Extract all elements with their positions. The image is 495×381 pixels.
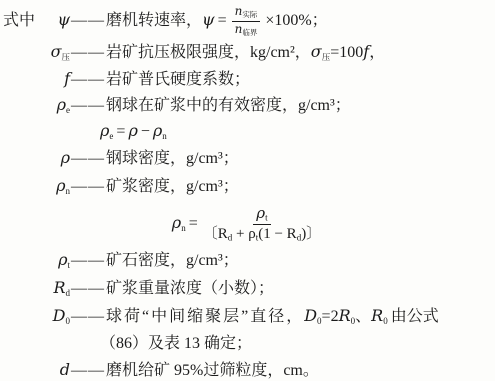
rho-n-fraction: ρt〔Rd + ρt(1 − Rd)〕 [203, 205, 321, 244]
term-rho-e-row: ρe——钢球在矿浆中的有效密度，g/cm³； [0, 92, 495, 118]
D0-continuation-text: （86）及表 13 确定； [100, 335, 252, 352]
term-rho-row: ρ——钢球密度，g/cm³； [0, 144, 495, 172]
term-symbol-psi: ψ [52, 2, 70, 39]
term-sigma-row: σ压——岩矿抗压极限强度，kg/cm²，σ压=100f， [0, 38, 495, 66]
D0-tail: 由公式 [391, 308, 439, 325]
term-symbol-d: d [0, 357, 70, 381]
rho-e-formula-row: ρe=ρ−ρn [0, 118, 495, 144]
rho-e-eq-term2: ρ [153, 121, 162, 140]
D0-eq-mid: =2 [322, 308, 339, 325]
term-desc-rho-t: 矿石密度，g/cm³； [106, 252, 239, 269]
equals-sign: = [116, 123, 125, 140]
fraction-numerator: n实际 [232, 5, 261, 22]
term-rho-t-row: ρt——矿石密度，g/cm³； [0, 246, 495, 274]
equals-sign: = [189, 215, 198, 232]
term-dash: —— [71, 3, 105, 39]
term-desc-rho-n: 矿浆密度，g/cm³； [106, 178, 239, 195]
term-symbol-rho-e: ρe [0, 92, 70, 123]
fraction-denominator: n临界 [235, 22, 258, 38]
sigma-eq-mid: =100 [330, 44, 363, 61]
psi-eq-lhs: ψ [202, 10, 215, 29]
D0-separator: 、 [355, 308, 371, 325]
rho-e-eq-term1: ρ [128, 121, 137, 140]
D0-eq3: R [371, 306, 383, 325]
term-desc-f: 岩矿普氏硬度系数； [106, 71, 250, 88]
term-symbol-f: f [0, 66, 70, 93]
sigma-tail: ， [369, 44, 385, 61]
term-desc-sigma: 岩矿抗压极限强度，kg/cm²， [106, 44, 311, 61]
term-R-d-row: Rd——矿浆重量浓度（小数）； [0, 274, 495, 302]
term-desc-rho: 钢球密度，g/cm³； [106, 150, 239, 167]
term-D-0-row: D0——球荷“中间缩聚层”直径，D0=2R0、R0由公式 [0, 302, 495, 330]
term-dash: —— [71, 93, 105, 119]
document-page: 式中ψ——磨机转速率，ψ=n实际n临界×100%； σ压——岩矿抗压极限强度，k… [0, 0, 495, 381]
psi-fraction: n实际n临界 [232, 5, 261, 37]
term-desc-rho-e: 钢球在矿浆中的有效密度，g/cm³； [106, 97, 351, 114]
sigma-eq-base: σ [311, 42, 322, 61]
intro-label: 式中 [0, 3, 52, 39]
term-dash: —— [71, 173, 105, 201]
term-d-row: d——磨机给矿 95%过筛粒度，cm。 [0, 357, 495, 381]
term-dash: —— [71, 358, 105, 381]
term-symbol-rho-n: ρn [0, 172, 70, 205]
term-dash: —— [71, 145, 105, 173]
term-desc-d: 磨机给矿 95%过筛粒度，cm。 [106, 362, 319, 379]
term-dash: —— [71, 39, 105, 67]
sigma-eq-subscript: 压 [322, 52, 331, 62]
term-dash: —— [71, 247, 105, 275]
term-rho-n-row: ρn——矿浆密度，g/cm³； [0, 172, 495, 200]
term-D-0-continuation-row: （86）及表 13 确定； [0, 330, 495, 357]
term-dash: —— [71, 67, 105, 93]
term-symbol-rho: ρ [0, 144, 70, 173]
term-desc-R-d: 矿浆重量浓度（小数）； [106, 280, 274, 297]
term-desc-psi: 磨机转速率， [106, 12, 202, 29]
D0-eq2: R [339, 306, 351, 325]
rho-e-eq-lhs: ρ [100, 121, 109, 140]
term-symbol-D-0: D0 [0, 302, 70, 335]
equals-sign: = [218, 12, 227, 29]
term-psi-row: 式中ψ——磨机转速率，ψ=n实际n临界×100%； [0, 2, 495, 38]
D0-eq1: D [304, 306, 317, 325]
term-desc-D-0: 球荷“中间缩聚层”直径， [106, 308, 304, 325]
fraction-denominator: 〔Rd + ρt(1 − Rd)〕 [203, 225, 321, 243]
psi-eq-tail: ×100%； [265, 12, 327, 29]
term-dash: —— [71, 303, 105, 331]
rho-n-formula-row: ρn=ρt〔Rd + ρt(1 − Rd)〕 [0, 200, 495, 246]
fraction-numerator: ρt [253, 205, 270, 225]
term-dash: —— [71, 275, 105, 303]
minus-sign: − [141, 123, 150, 140]
term-f-row: f——岩矿普氏硬度系数； [0, 66, 495, 92]
rho-n-eq-lhs: ρ [172, 213, 181, 232]
